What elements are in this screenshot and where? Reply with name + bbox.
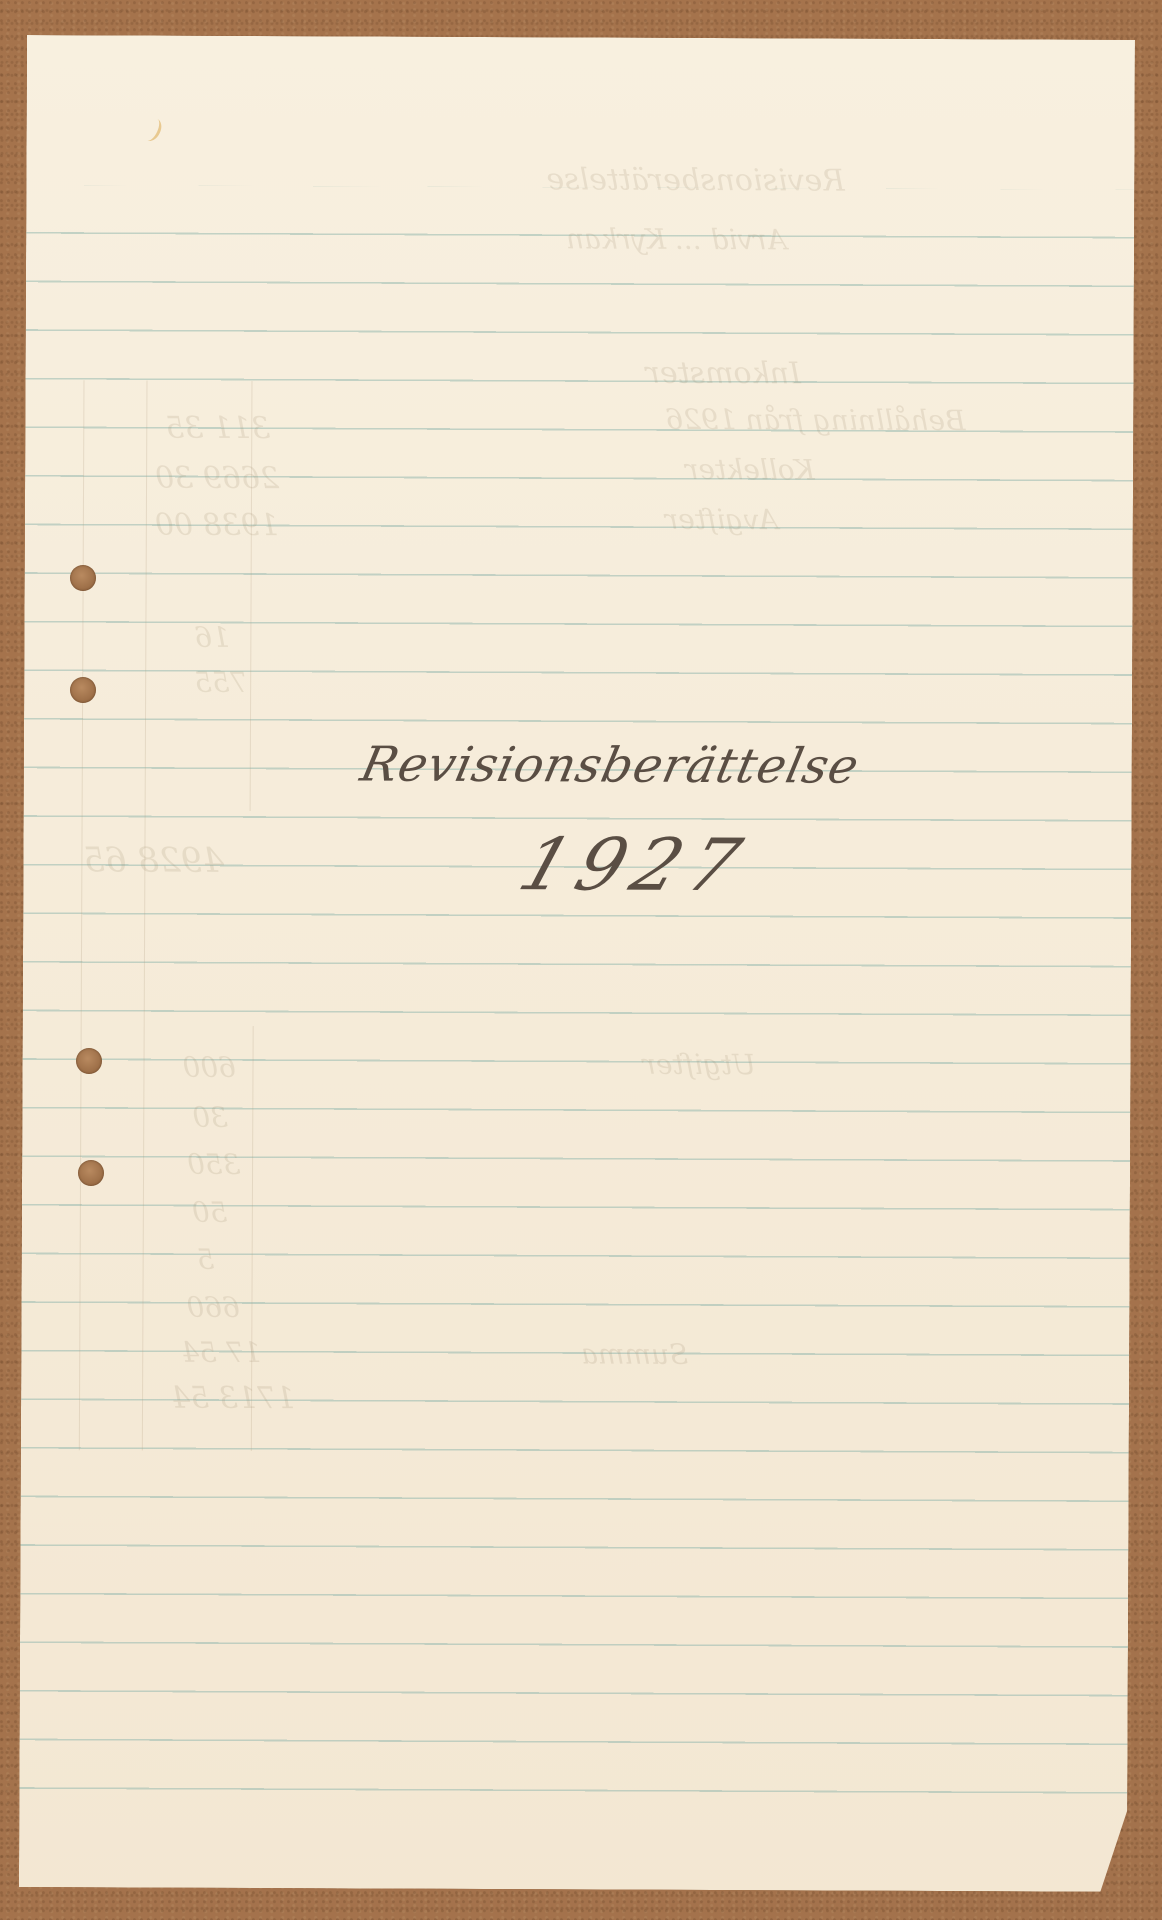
bleed-through-number: 16: [194, 621, 230, 654]
bleed-through-number: 2669 30: [155, 461, 279, 497]
bleed-through-number: 311 35: [165, 411, 270, 446]
bleed-through-number: 350: [187, 1148, 241, 1181]
bleed-through-text: Revisionsberättelse: [546, 162, 845, 198]
stain-mark: [139, 115, 165, 144]
bleed-through-total: 4928 65: [83, 840, 224, 881]
bleed-through-text: Behållning från 1926: [665, 403, 965, 437]
bleed-through-text: Kollekter: [685, 453, 815, 487]
bleed-through-text: Utgifter: [642, 1048, 755, 1081]
paper-sheet: Revisionsberättelse Arvid ... Kyrkan Ink…: [19, 35, 1135, 1892]
punch-hole: [70, 565, 96, 591]
bleed-through-number: 600: [182, 1051, 236, 1084]
bleed-through-text: Summa: [581, 1337, 688, 1370]
bleed-through-number: 755: [194, 666, 248, 699]
document-year: 1927: [510, 822, 761, 907]
bleed-through-text: Avgifter: [665, 503, 779, 536]
bleed-through-number: 50: [192, 1196, 228, 1229]
bleed-through-text: Arvid ... Kyrkan: [566, 222, 787, 256]
bleed-through-text: Inkomster: [645, 356, 801, 392]
bleed-through-number: 5: [197, 1243, 215, 1276]
bleed-through-total: 1713 54: [171, 1381, 295, 1417]
bleed-through-number: 660: [186, 1291, 240, 1324]
punch-hole: [78, 1160, 104, 1186]
punch-hole: [76, 1048, 102, 1074]
document-title: Revisionsberättelse: [356, 736, 838, 794]
bleed-through-number: 30: [192, 1101, 228, 1134]
punch-hole: [70, 677, 96, 703]
bleed-through-number: 1938 00: [155, 508, 279, 544]
bleed-through-number: 17 54: [181, 1336, 261, 1369]
